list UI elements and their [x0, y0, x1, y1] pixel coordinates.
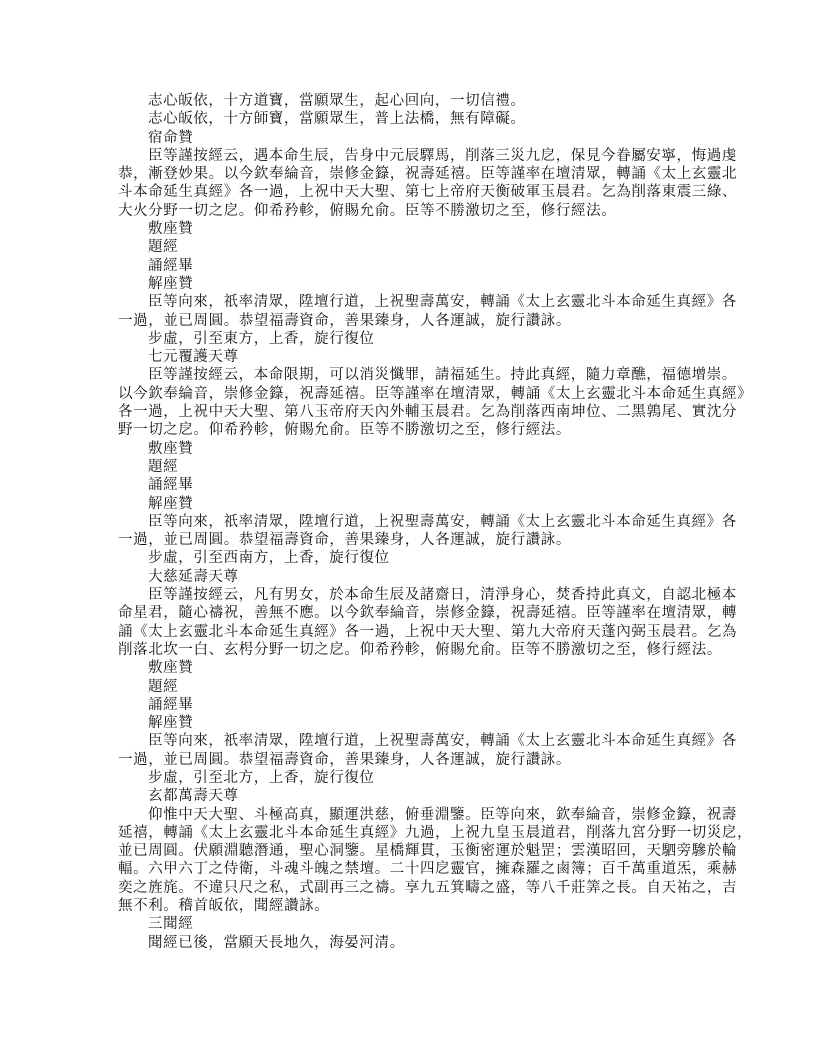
section-heading: 誦經畢: [118, 257, 700, 275]
paragraph-line: 恭，漸登妙果。以今欽奉綸音，崇修金籙，祝壽延禧。臣等謹率在壇清眾，轉誦《太上玄靈…: [118, 165, 700, 183]
body-paragraph: 臣等謹按經云，遇本命生辰，告身中元辰驛馬，削落三災九戹，保見今眷屬安寧，悔過虔恭…: [118, 147, 700, 220]
section-heading: 誦經畢: [118, 696, 700, 714]
body-paragraph: 臣等向來，祇率清眾，陞壇行道，上祝聖壽萬安，轉誦《太上玄靈北斗本命延生真經》各一…: [118, 732, 700, 769]
section-heading: 宿命贊: [118, 129, 700, 147]
paragraph-line: 一過，並已周圓。恭望福壽資命，善果臻身，人各運誠，旋行讚詠。: [118, 312, 700, 330]
body-paragraph: 臣等向來，祇率清眾，陞壇行道，上祝聖壽萬安，轉誦《太上玄靈北斗本命延生真經》各一…: [118, 293, 700, 330]
paragraph-line: 野一切之戹。仰希矜軫，俯賜允俞。臣等不勝激切之至，修行經法。: [118, 421, 700, 439]
section-heading: 玄都萬壽天尊: [118, 787, 700, 805]
section-heading: 三聞經: [118, 915, 700, 933]
paragraph-line: 臣等向來，祇率清眾，陞壇行道，上祝聖壽萬安，轉誦《太上玄靈北斗本命延生真經》各: [118, 293, 700, 311]
section-heading: 題經: [118, 678, 700, 696]
paragraph-line: 臣等謹按經云，遇本命生辰，告身中元辰驛馬，削落三災九戹，保見今眷屬安寧，悔過虔: [118, 147, 700, 165]
paragraph-line: 誦《太上玄靈北斗本命延生真經》各一過，上祝中天大聖、第九大帝府天蓬內弼玉晨君。乞…: [118, 623, 700, 641]
section-heading: 步虛，引至東方，上香，旋行復位: [118, 330, 700, 348]
paragraph-line: 斗本命延生真經》各一過，上祝中天大聖、第七上帝府天衡破軍玉晨君。乞為削落東震三綠…: [118, 183, 700, 201]
section-heading: 題經: [118, 238, 700, 256]
body-paragraph: 臣等謹按經云，本命限期，可以消災懺罪，請福延生。持此真經，隨力章醮，福德增崇。以…: [118, 366, 700, 439]
body-paragraph: 臣等向來，祇率清眾，陞壇行道，上祝聖壽萬安，轉誦《太上玄靈北斗本命延生真經》各一…: [118, 513, 700, 550]
section-heading: 敷座贊: [118, 659, 700, 677]
paragraph-line: 削落北坎一白、玄枵分野一切之戹。仰希矜軫，俯賜允俞。臣等不勝激切之至，修行經法。: [118, 641, 700, 659]
paragraph-line: 無不利。稽首皈依，聞經讚詠。: [118, 897, 700, 915]
paragraph-line: 各一過，上祝中天大聖、第八玉帝府天內外輔玉晨君。乞為削落西南坤位、二黑鶉尾、實沈…: [118, 403, 700, 421]
section-heading: 步虛，引至北方，上香，旋行復位: [118, 769, 700, 787]
paragraph-line: 以今欽奉綸音，崇修金籙，祝壽延禧。臣等謹率在壇清眾，轉誦《太上玄靈北斗本命延生真…: [118, 385, 700, 403]
verse-line: 志心皈依，十方道寶，當願眾生，起心回向，一切信禮。: [118, 92, 700, 110]
section-heading: 解座贊: [118, 275, 700, 293]
section-heading: 敷座贊: [118, 220, 700, 238]
paragraph-line: 仰惟中天大聖、斗極高真，顯運洪慈，俯垂淵鑒。臣等向來，欽奉綸音，崇修金籙，祝壽: [118, 806, 700, 824]
section-heading: 敷座贊: [118, 440, 700, 458]
paragraph-line: 延禧，轉誦《太上玄靈北斗本命延生真經》九過，上祝九皇玉晨道君，削落九宮分野一切災…: [118, 824, 700, 842]
paragraph-line: 臣等向來，祇率清眾，陞壇行道，上祝聖壽萬安，轉誦《太上玄靈北斗本命延生真經》各: [118, 513, 700, 531]
section-heading: 解座贊: [118, 495, 700, 513]
paragraph-line: 命星君，隨心禱祝，善無不應。以今欽奉綸音，崇修金籙，祝壽延禧。臣等謹率在壇清眾，…: [118, 604, 700, 622]
verse-line: 聞經已後，當願天長地久，海晏河清。: [118, 934, 700, 952]
paragraph-line: 大火分野一切之戹。仰希矜軫，俯賜允俞。臣等不勝激切之至，修行經法。: [118, 202, 700, 220]
section-heading: 解座贊: [118, 714, 700, 732]
section-heading: 大慈延壽天尊: [118, 568, 700, 586]
section-heading: 七元覆護天尊: [118, 348, 700, 366]
section-heading: 題經: [118, 458, 700, 476]
paragraph-line: 一過，並已周圓。恭望福壽資命，善果臻身，人各運誠，旋行讚詠。: [118, 531, 700, 549]
paragraph-line: 並已周圓。伏願淵聽潛通，聖心洞鑒。星橋輝貫，玉衡密運於魁罡；雲漢昭回，天駟旁驂於…: [118, 842, 700, 860]
paragraph-line: 輻。六甲六丁之侍衛，斗魂斗魄之禁壇。二十四戹靈官，擁森羅之鹵簿；百千萬重道炁，乘…: [118, 860, 700, 878]
paragraph-line: 一過，並已周圓。恭望福壽資命，善果臻身，人各運誠，旋行讚詠。: [118, 751, 700, 769]
body-paragraph: 臣等謹按經云，凡有男女，於本命生辰及諸齋日，清淨身心，焚香持此真文，自認北極本命…: [118, 586, 700, 659]
body-paragraph: 仰惟中天大聖、斗極高真，顯運洪慈，俯垂淵鑒。臣等向來，欽奉綸音，崇修金籙，祝壽延…: [118, 806, 700, 916]
section-heading: 誦經畢: [118, 476, 700, 494]
paragraph-line: 奕之旌旄。不違只尺之私，式副再三之禱。享九五箕疇之盛，等八千莊筭之長。自天祐之，…: [118, 879, 700, 897]
document-page: 志心皈依，十方道寶，當願眾生，起心回向，一切信禮。志心皈依，十方師寶，當願眾生，…: [118, 92, 700, 952]
verse-line: 志心皈依，十方師寶，當願眾生，普上法橋，無有障礙。: [118, 110, 700, 128]
paragraph-line: 臣等謹按經云，本命限期，可以消災懺罪，請福延生。持此真經，隨力章醮，福德增崇。: [118, 366, 700, 384]
section-heading: 步虛，引至西南方，上香，旋行復位: [118, 549, 700, 567]
paragraph-line: 臣等謹按經云，凡有男女，於本命生辰及諸齋日，清淨身心，焚香持此真文，自認北極本: [118, 586, 700, 604]
paragraph-line: 臣等向來，祇率清眾，陞壇行道，上祝聖壽萬安，轉誦《太上玄靈北斗本命延生真經》各: [118, 732, 700, 750]
